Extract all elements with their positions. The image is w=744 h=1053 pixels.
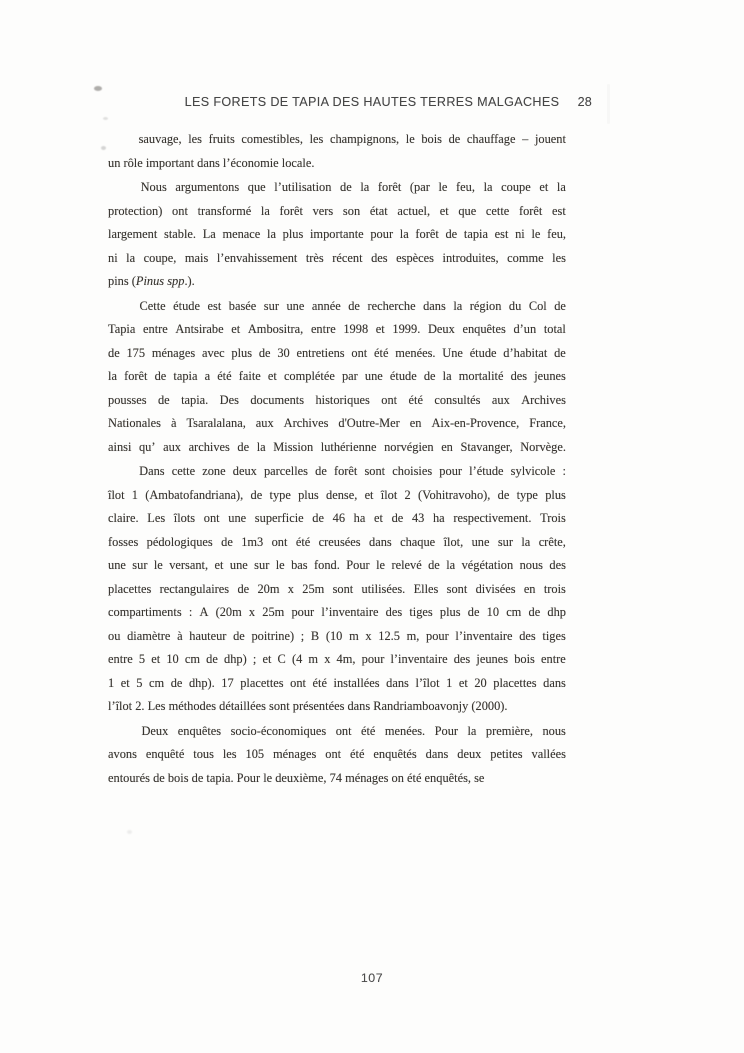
word: 10	[166, 648, 178, 672]
paragraph: Deuxenquêtessocio-économiquesontétémenée…	[108, 720, 566, 791]
word: actuel,	[397, 200, 430, 224]
word: été	[361, 720, 375, 744]
word: menées.	[385, 720, 425, 744]
word: luthérienne	[321, 436, 377, 460]
word: la	[446, 554, 455, 578]
word: plus	[283, 223, 304, 247]
word: dhp)	[224, 648, 247, 672]
word: pour	[362, 648, 385, 672]
word: cm	[149, 672, 164, 696]
word: creusées	[319, 531, 361, 555]
word: dans	[423, 295, 446, 319]
word: superficie	[255, 507, 304, 531]
word: fosses	[108, 531, 138, 555]
word: des	[549, 554, 566, 578]
word: crête,	[539, 531, 566, 555]
word: étude	[173, 295, 200, 319]
word: étude	[390, 365, 417, 389]
word: bois	[421, 128, 442, 152]
text-run: Pinus spp	[136, 274, 185, 288]
word: et	[459, 672, 468, 696]
word: Tapia	[108, 318, 135, 342]
text-line: Danscettezonedeuxparcellesdeforêtsontcho…	[108, 460, 566, 484]
word: le	[376, 554, 385, 578]
word: ont	[172, 200, 188, 224]
word: fruits	[209, 128, 235, 152]
word: la	[400, 223, 409, 247]
paragraph: Danscettezonedeuxparcellesdeforêtsontcho…	[108, 460, 566, 719]
word: Trois	[540, 507, 566, 531]
word: Pour	[435, 720, 458, 744]
word: le	[438, 176, 447, 200]
word: 46	[333, 507, 345, 531]
word: Antsirabe	[175, 318, 223, 342]
word: entre	[541, 648, 566, 672]
word: une	[230, 554, 248, 578]
word: des	[454, 648, 471, 672]
word: la	[267, 223, 276, 247]
word: l’inventaire	[390, 648, 447, 672]
word: et	[374, 507, 383, 531]
scan-smudge	[94, 86, 102, 91]
word: été	[350, 743, 364, 767]
word: et	[121, 672, 130, 696]
word: été	[217, 365, 231, 389]
word: introduites,	[443, 247, 499, 271]
word: aux	[492, 389, 510, 413]
word: B	[311, 625, 319, 649]
word: Archives	[521, 389, 566, 413]
word: une	[365, 365, 383, 389]
word: sont	[364, 460, 385, 484]
word: sont	[333, 578, 354, 602]
word: x	[324, 648, 330, 672]
word: et	[268, 365, 277, 389]
word: recherche	[367, 295, 415, 319]
word: Les	[147, 507, 165, 531]
text-line: claire.Lesîlotsontunesuperficiede46haetd…	[108, 507, 566, 531]
word: du	[509, 295, 521, 319]
word: avec	[202, 342, 225, 366]
word: que	[248, 176, 266, 200]
word: dans	[369, 531, 392, 555]
word: chauffage	[467, 128, 516, 152]
word: 1	[446, 672, 452, 696]
word: de	[554, 342, 566, 366]
word: :	[189, 601, 192, 625]
word: de	[158, 389, 170, 413]
word: de	[348, 295, 360, 319]
word: ménages	[152, 342, 195, 366]
text-run: un rôle important dans l’économie locale…	[108, 156, 314, 170]
word: l’utilisation	[274, 176, 331, 200]
paragraph: Cetteétudeestbaséesuruneannéederecherche…	[108, 295, 566, 460]
word: champignons,	[330, 128, 399, 152]
word: 1	[132, 484, 138, 508]
word: de	[424, 365, 436, 389]
word: divisées	[476, 578, 516, 602]
word: protection)	[108, 200, 162, 224]
word: de	[155, 365, 167, 389]
paragraph: sauvage,lesfruitscomestibles,leschampign…	[108, 128, 566, 175]
word: ménages	[273, 743, 316, 767]
word: feu,	[547, 223, 566, 247]
text-run: pins (	[108, 274, 136, 288]
word: état	[370, 200, 388, 224]
word: total	[544, 318, 566, 342]
text-run: .).	[184, 274, 194, 288]
indent-spacer	[108, 460, 132, 484]
text-line: placettesrectangulairesde20mx25msontutil…	[108, 578, 566, 602]
word: sur	[254, 554, 269, 578]
word: pour	[370, 223, 393, 247]
word: installées	[334, 672, 380, 696]
word: en	[441, 436, 453, 460]
word: par	[342, 365, 358, 389]
word: forêt	[519, 200, 542, 224]
word: 2	[405, 484, 411, 508]
word: une	[108, 554, 126, 578]
word: jeunes	[534, 365, 566, 389]
word: forêt	[334, 460, 357, 484]
header-page-number: 28	[578, 95, 592, 109]
word: avons	[108, 743, 137, 767]
word: entre	[108, 648, 133, 672]
word: les	[552, 247, 566, 271]
word: poitrine)	[251, 625, 294, 649]
word: (10	[326, 625, 343, 649]
word: pédologiques	[147, 531, 213, 555]
word: vers	[313, 200, 334, 224]
word: de	[498, 484, 510, 508]
text-line: sauvage,lesfruitscomestibles,leschampign…	[108, 128, 566, 152]
word: de	[312, 507, 324, 531]
word: mortalité	[459, 365, 504, 389]
word: forêt	[378, 176, 401, 200]
word: été	[313, 672, 327, 696]
word: (par	[410, 176, 430, 200]
word: îlots	[174, 507, 195, 531]
word: îlot	[108, 484, 125, 508]
word: trois	[544, 578, 566, 602]
word: placettes	[108, 578, 151, 602]
word: sont	[447, 578, 468, 602]
word: la	[521, 531, 530, 555]
word: respectivement.	[453, 507, 531, 531]
indent-spacer	[108, 128, 132, 152]
text-run: entourés de bois de tapia. Pour le deuxi…	[108, 771, 484, 785]
word: à	[177, 625, 183, 649]
word: dans	[543, 672, 566, 696]
word: d’un	[513, 318, 536, 342]
word: cette	[486, 200, 509, 224]
word: 12.5	[378, 625, 400, 649]
word: et	[440, 200, 449, 224]
text-line: poussesdetapia.Desdocumentshistoriqueson…	[108, 389, 566, 413]
word: basée	[229, 295, 257, 319]
word: le	[154, 554, 163, 578]
indent-spacer	[108, 295, 132, 319]
word: Dans	[139, 460, 164, 484]
word: de	[233, 625, 245, 649]
word: x	[365, 625, 371, 649]
word: fond.	[314, 554, 340, 578]
word: des	[371, 247, 388, 271]
text-line: fossespédologiquesde1m3ontétécreuséesdan…	[108, 531, 566, 555]
word: la	[467, 720, 476, 744]
word: tapia.	[181, 389, 208, 413]
word: chaque	[400, 531, 435, 555]
word: pour	[426, 625, 449, 649]
word: jouent	[535, 128, 566, 152]
text-line: îlot1(Ambatofandriana),detypeplusdense,e…	[108, 484, 566, 508]
word: sylvicole	[511, 460, 556, 484]
word: a	[205, 365, 211, 389]
word: type	[517, 484, 538, 508]
word: de	[206, 648, 218, 672]
text-line: avonsenquêtétousles105ménagesontétéenquê…	[108, 743, 566, 767]
word: plus	[231, 342, 252, 366]
page-header: LES FORETS DE TAPIA DES HAUTES TERRES MA…	[0, 95, 744, 113]
word: nous	[542, 720, 565, 744]
word: plus	[440, 601, 461, 625]
word: socio-économiques	[231, 720, 327, 744]
word: importante	[310, 223, 364, 247]
paragraph: Nousargumentonsquel’utilisationdelaforêt…	[108, 176, 566, 294]
word: 43	[412, 507, 424, 531]
word: et	[262, 648, 271, 672]
scan-smudge	[101, 146, 106, 150]
word: ont	[290, 672, 306, 696]
word: comme	[507, 247, 543, 271]
word: de	[251, 484, 263, 508]
word: de	[449, 128, 461, 152]
text-line: 1et5cmdedhp).17placettesontétéinstallées…	[108, 672, 566, 696]
word: sur	[264, 295, 279, 319]
text-line: de175ménagesavecplusde30entretiensontété…	[108, 342, 566, 366]
word: année	[312, 295, 341, 319]
word: ni	[515, 223, 525, 247]
word: étude	[470, 342, 497, 366]
text-line: pins (Pinus spp.).	[108, 270, 566, 294]
word: historiques	[315, 389, 369, 413]
word: Col	[529, 295, 547, 319]
word: Une	[442, 342, 463, 366]
word: aux	[256, 412, 274, 436]
word: des	[511, 365, 528, 389]
word: de	[445, 223, 457, 247]
word: enquêtés	[373, 743, 416, 767]
text-line: nilacoupe,maisl’envahissementtrèsrécentd…	[108, 247, 566, 271]
word: :	[563, 460, 566, 484]
word: argumentons	[175, 176, 239, 200]
word: 10	[487, 601, 499, 625]
text-line: Nousargumentonsquel’utilisationdelaforêt…	[108, 176, 566, 200]
word: Nationales	[108, 412, 161, 436]
word: plus	[545, 484, 566, 508]
word: le	[406, 128, 415, 152]
word: largement	[108, 223, 157, 247]
word: Aix-en-Provence,	[431, 412, 519, 436]
word: cm	[185, 648, 200, 672]
word: les	[310, 128, 324, 152]
word: Deux	[428, 318, 455, 342]
word: (Ambatofandriana),	[145, 484, 243, 508]
word: une	[286, 295, 304, 319]
word: l’inventaire	[321, 601, 378, 625]
word: coupe	[501, 176, 531, 200]
word: hauteur	[189, 625, 226, 649]
word: m	[349, 625, 359, 649]
word: menées.	[395, 342, 435, 366]
indent-spacer	[108, 176, 132, 200]
word: 25m	[302, 578, 324, 602]
word: stable.	[164, 223, 196, 247]
word: une	[228, 507, 246, 531]
word: nous	[520, 554, 543, 578]
word: est	[208, 295, 222, 319]
word: et	[151, 648, 160, 672]
word: l’étude	[469, 460, 503, 484]
word: consultés	[434, 389, 480, 413]
word: dans	[386, 672, 409, 696]
word: de	[315, 460, 327, 484]
word: ha	[433, 507, 445, 531]
running-title: LES FORETS DE TAPIA DES HAUTES TERRES MA…	[185, 95, 560, 109]
word: ;	[253, 648, 256, 672]
word: sur	[132, 554, 147, 578]
word: pour	[291, 601, 314, 625]
word: et	[231, 318, 240, 342]
word: très	[306, 247, 324, 271]
scan-smudge	[127, 830, 132, 834]
word: Cette	[140, 295, 166, 319]
word: ont	[272, 531, 288, 555]
word: cette	[172, 460, 195, 484]
word: et	[539, 176, 548, 200]
text-line: l’îlot 2. Les méthodes détaillées sont p…	[108, 695, 566, 719]
word: végétation	[462, 554, 514, 578]
word: été	[409, 389, 423, 413]
text-line: entourés de bois de tapia. Pour le deuxi…	[108, 767, 566, 791]
word: d'Outre-Mer	[338, 412, 399, 436]
scan-smudge	[103, 117, 108, 120]
word: entre	[311, 318, 336, 342]
word: les	[223, 743, 237, 767]
word: 1	[108, 672, 114, 696]
word: utilisées.	[362, 578, 406, 602]
text-line: largementstable.Lamenacelaplusimportante…	[108, 223, 566, 247]
word: de	[108, 342, 120, 366]
word: de	[171, 672, 183, 696]
word: placettes	[493, 672, 536, 696]
word: mais	[185, 247, 208, 271]
word: les	[188, 128, 202, 152]
word: (20m	[216, 601, 242, 625]
word: été	[296, 531, 310, 555]
word: est	[495, 223, 509, 247]
word: et	[365, 484, 374, 508]
word: plus	[298, 484, 319, 508]
word: l’inventaire	[455, 625, 512, 649]
text-line: un rôle important dans l’économie locale…	[108, 152, 566, 176]
word: ont	[336, 720, 352, 744]
word: la	[484, 176, 493, 200]
word: 17	[221, 672, 233, 696]
word: claire.	[108, 507, 139, 531]
word: la	[453, 295, 462, 319]
word: Ambositra,	[248, 318, 303, 342]
word: cm	[506, 601, 521, 625]
word: diamètre	[127, 625, 170, 649]
word: forêt	[415, 223, 438, 247]
word: faite	[239, 365, 261, 389]
word: des	[519, 625, 536, 649]
word: ainsi	[108, 436, 131, 460]
word: vallées	[532, 743, 566, 767]
word: la	[108, 365, 117, 389]
word: Deux	[141, 720, 168, 744]
word: Tsaralalana,	[186, 412, 245, 436]
word: en	[410, 412, 422, 436]
word: (4	[292, 648, 302, 672]
word: le	[276, 554, 285, 578]
word: dense,	[326, 484, 357, 508]
word: de	[529, 601, 541, 625]
word: transformé	[198, 200, 252, 224]
word: choisies	[392, 460, 432, 484]
word: –	[522, 128, 528, 152]
word: feu,	[456, 176, 475, 200]
word: A	[199, 601, 208, 625]
text-line: compartiments:A(20mx25mpourl’inventaired…	[108, 601, 566, 625]
word: dans	[426, 743, 449, 767]
word: archives	[189, 436, 230, 460]
word: Elles	[414, 578, 439, 602]
text-line: protection)onttransformélaforêtverssonét…	[108, 200, 566, 224]
word: tiges	[542, 625, 565, 649]
word: est	[552, 200, 566, 224]
word: Mission	[273, 436, 313, 460]
word: deux	[457, 743, 481, 767]
word: ha	[354, 507, 366, 531]
word: ont	[351, 342, 367, 366]
word: coupe,	[144, 247, 177, 271]
word: pousses	[108, 389, 147, 413]
word: tapia	[464, 223, 488, 247]
word: forêt	[280, 200, 303, 224]
word: récent	[332, 247, 362, 271]
word: l’îlot	[415, 672, 439, 696]
word: 5	[136, 672, 142, 696]
word: m,	[407, 625, 420, 649]
word: sur	[498, 531, 513, 555]
word: 5	[139, 648, 145, 672]
word: en	[524, 578, 536, 602]
word: deux	[233, 460, 257, 484]
page-footer: 107	[0, 971, 744, 985]
text-line: unesurleversant,etunesurlebasfond.Pourle…	[108, 554, 566, 578]
page-body: sauvage,lesfruitscomestibles,leschampign…	[108, 128, 566, 791]
indent-spacer	[108, 720, 132, 744]
text-line: Deuxenquêtessocio-économiquesontétémenée…	[108, 720, 566, 744]
word: 1999.	[392, 318, 420, 342]
word: ont	[204, 507, 220, 531]
word: Archives	[284, 412, 329, 436]
text-line: entre5et10cmdedhp);etC(4mx4m,pourl’inven…	[108, 648, 566, 672]
word: région	[470, 295, 502, 319]
word: zone	[202, 460, 225, 484]
